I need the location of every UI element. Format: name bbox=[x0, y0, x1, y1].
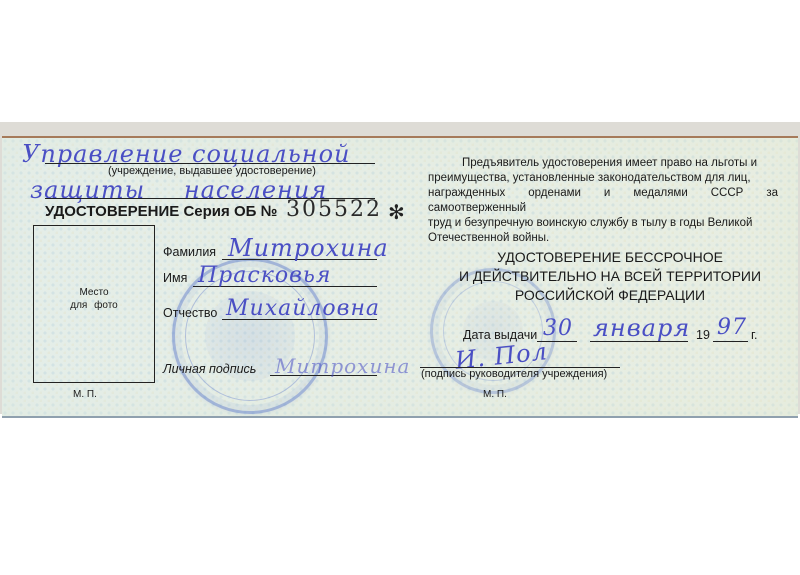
seal-mark: М. П. bbox=[483, 389, 507, 400]
surname-value: Митрохина bbox=[228, 234, 389, 262]
rights-line-3: награжденных орденами и медалями СССР за… bbox=[428, 186, 778, 216]
issue-day-value: 30 bbox=[543, 316, 573, 341]
patronymic-value: Михайловна bbox=[226, 296, 380, 321]
photo-placeholder-line1: Место bbox=[74, 287, 114, 298]
head-signature-caption: (подпись руководителя учреждения) bbox=[421, 368, 607, 380]
photo-placeholder-line2: для фото bbox=[58, 300, 130, 311]
validity-line-3: РОССИЙСКОЙ ФЕДЕРАЦИИ bbox=[440, 286, 780, 305]
rights-line-5: Отечественной войны. bbox=[428, 231, 778, 246]
certificate-title: УДОСТОВЕРЕНИЕ Серия ОБ № bbox=[45, 203, 277, 220]
signature-label: Личная подпись bbox=[163, 362, 256, 376]
issue-year-line bbox=[713, 341, 748, 342]
issue-century-prefix: 19 bbox=[696, 328, 710, 342]
rights-paragraph: Предъявитель удостоверения имеет право н… bbox=[428, 156, 778, 246]
issuer-handwritten-line2: защиты населения bbox=[30, 176, 327, 204]
issue-year-value: 97 bbox=[717, 315, 747, 340]
surname-label: Фамилия bbox=[163, 245, 216, 259]
name-value: Прасковья bbox=[198, 263, 331, 288]
validity-line-2: И ДЕЙСТВИТЕЛЬНО НА ВСЕЙ ТЕРРИТОРИИ bbox=[440, 267, 780, 286]
validity-statement: УДОСТОВЕРЕНИЕ БЕССРОЧНОЕ И ДЕЙСТВИТЕЛЬНО… bbox=[440, 248, 780, 305]
issue-month-value: января bbox=[593, 314, 690, 342]
serial-number: 305522 bbox=[286, 197, 382, 222]
name-label: Имя bbox=[163, 271, 187, 285]
signature-value: Митрохина bbox=[275, 354, 410, 378]
rights-line-1: Предъявитель удостоверения имеет право н… bbox=[428, 156, 778, 171]
issuer-line-1 bbox=[45, 163, 375, 164]
validity-line-1: УДОСТОВЕРЕНИЕ БЕССРОЧНОЕ bbox=[440, 248, 780, 267]
patronymic-label: Отчество bbox=[163, 306, 217, 320]
issue-year-mark: г. bbox=[751, 328, 758, 342]
rights-line-4: труд и безупречную воинскую службу в тыл… bbox=[428, 216, 778, 231]
photo-stamp-mark: М. П. bbox=[73, 389, 97, 400]
asterisk-ornament-icon: ✻ bbox=[388, 200, 405, 225]
rights-line-2: преимущества, установленные законодатель… bbox=[428, 171, 778, 186]
